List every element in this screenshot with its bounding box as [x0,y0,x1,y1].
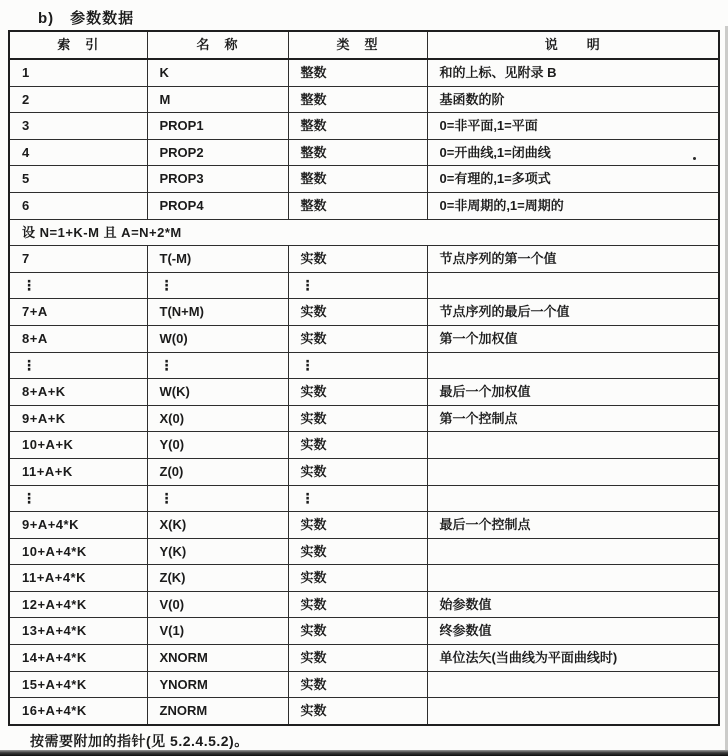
table-row: 10+A+KY(0)实数 [9,432,719,459]
cell-type: 实数 [288,325,427,352]
col-header-name: 名 称 [147,31,288,59]
cell-type: 实数 [288,698,427,725]
cell-type: 实数 [288,432,427,459]
table-row: 11+A+KZ(0)实数 [9,458,719,485]
cell-name: W(K) [147,379,288,406]
cell-name: K [147,59,288,86]
cell-name: PROP4 [147,192,288,219]
cell-type: 整数 [288,113,427,140]
col-header-index: 索 引 [9,31,147,59]
cell-index: 4 [9,139,147,166]
cell-name: Y(K) [147,538,288,565]
cell-index: 10+A+4*K [9,538,147,565]
cell-type: 整数 [288,86,427,113]
cell-type: 实数 [288,246,427,273]
cell-desc: 最后一个控制点 [427,512,719,539]
cell-desc [427,272,719,299]
cell-desc [427,458,719,485]
section-title: b) 参数数据 [38,7,134,28]
cell-desc: 节点序列的最后一个值 [427,299,719,326]
table-row: ⋮⋮⋮ [9,352,719,379]
cell-desc: 和的上标、见附录 B [427,59,719,86]
table-row: 8+A+KW(K)实数最后一个加权值 [9,379,719,406]
table-row: 5PROP3整数0=有理的,1=多项式 [9,166,719,193]
cell-index: 9+A+4*K [9,512,147,539]
cell-type: 实数 [288,405,427,432]
header-row: 索 引 名 称 类 型 说 明 [9,31,719,59]
cell-type: 实数 [288,565,427,592]
cell-type: 实数 [288,299,427,326]
cell-name: W(0) [147,325,288,352]
cell-index: 14+A+4*K [9,645,147,672]
table-row: 7+AT(N+M)实数节点序列的最后一个值 [9,299,719,326]
cell-desc: 0=开曲线,1=闭曲线 [427,139,719,166]
table-row: 6PROP4整数0=非周期的,1=周期的 [9,192,719,219]
cell-index: 8+A+K [9,379,147,406]
cell-desc [427,352,719,379]
cell-index: 12+A+4*K [9,591,147,618]
cell-index: 7+A [9,299,147,326]
scan-edge-bottom [0,750,728,756]
document-page: b) 参数数据 索 引 名 称 类 型 说 明 1K整数和的上标、见附录 B2M… [0,0,728,756]
ellipsis-cell: ⋮ [147,272,288,299]
table-row: 9+A+KX(0)实数第一个控制点 [9,405,719,432]
table-row: 9+A+4*KX(K)实数最后一个控制点 [9,512,719,539]
parameter-table: 索 引 名 称 类 型 说 明 1K整数和的上标、见附录 B2M整数基函数的阶3… [8,30,720,726]
cell-name: X(K) [147,512,288,539]
cell-desc: 第一个加权值 [427,325,719,352]
cell-type: 整数 [288,192,427,219]
table-header: 索 引 名 称 类 型 说 明 [9,31,719,59]
ellipsis-cell: ⋮ [288,352,427,379]
cell-desc [427,565,719,592]
cell-name: Z(0) [147,458,288,485]
cell-desc [427,538,719,565]
cell-index: 16+A+4*K [9,698,147,725]
cell-desc: 节点序列的第一个值 [427,246,719,273]
table-row: 设 N=1+K-M 且 A=N+2*M [9,219,719,246]
cell-name: Z(K) [147,565,288,592]
table-row: 1K整数和的上标、见附录 B [9,59,719,86]
scan-artifact-dot [693,157,696,160]
cell-type: 实数 [288,671,427,698]
note-cell: 设 N=1+K-M 且 A=N+2*M [9,219,719,246]
table-row: 8+AW(0)实数第一个加权值 [9,325,719,352]
cell-name: T(N+M) [147,299,288,326]
cell-desc [427,432,719,459]
col-header-type: 类 型 [288,31,427,59]
footer-note: 按需要附加的指针(见 5.2.4.5.2)。 [30,731,249,751]
table-row: ⋮⋮⋮ [9,272,719,299]
cell-name: PROP1 [147,113,288,140]
table-body: 1K整数和的上标、见附录 B2M整数基函数的阶3PROP1整数0=非平面,1=平… [9,59,719,725]
table-row: 3PROP1整数0=非平面,1=平面 [9,113,719,140]
cell-type: 实数 [288,591,427,618]
cell-desc [427,671,719,698]
ellipsis-cell: ⋮ [288,485,427,512]
ellipsis-cell: ⋮ [147,352,288,379]
cell-desc: 0=有理的,1=多项式 [427,166,719,193]
table-row: 11+A+4*KZ(K)实数 [9,565,719,592]
ellipsis-cell: ⋮ [9,485,147,512]
cell-type: 实数 [288,538,427,565]
cell-type: 实数 [288,618,427,645]
table-row: 7T(-M)实数节点序列的第一个值 [9,246,719,273]
cell-index: 11+A+4*K [9,565,147,592]
cell-desc: 第一个控制点 [427,405,719,432]
cell-name: V(0) [147,591,288,618]
ellipsis-cell: ⋮ [9,352,147,379]
cell-name: XNORM [147,645,288,672]
cell-name: T(-M) [147,246,288,273]
table-row: 4PROP2整数0=开曲线,1=闭曲线 [9,139,719,166]
cell-index: 9+A+K [9,405,147,432]
cell-name: PROP2 [147,139,288,166]
cell-name: M [147,86,288,113]
cell-type: 实数 [288,379,427,406]
table-row: 14+A+4*KXNORM实数单位法矢(当曲线为平面曲线时) [9,645,719,672]
cell-type: 实数 [288,512,427,539]
table-row: 16+A+4*KZNORM实数 [9,698,719,725]
cell-index: 15+A+4*K [9,671,147,698]
table-row: 13+A+4*KV(1)实数终参数值 [9,618,719,645]
cell-desc: 始参数值 [427,591,719,618]
cell-desc [427,485,719,512]
cell-index: 2 [9,86,147,113]
cell-type: 实数 [288,645,427,672]
cell-index: 13+A+4*K [9,618,147,645]
ellipsis-cell: ⋮ [288,272,427,299]
table-row: ⋮⋮⋮ [9,485,719,512]
cell-index: 10+A+K [9,432,147,459]
cell-name: V(1) [147,618,288,645]
cell-index: 6 [9,192,147,219]
cell-index: 3 [9,113,147,140]
cell-desc: 0=非平面,1=平面 [427,113,719,140]
cell-type: 整数 [288,139,427,166]
cell-index: 1 [9,59,147,86]
cell-index: 5 [9,166,147,193]
cell-index: 8+A [9,325,147,352]
cell-type: 实数 [288,458,427,485]
cell-desc: 基函数的阶 [427,86,719,113]
cell-desc: 0=非周期的,1=周期的 [427,192,719,219]
table-row: 2M整数基函数的阶 [9,86,719,113]
cell-index: 7 [9,246,147,273]
cell-name: YNORM [147,671,288,698]
cell-index: 11+A+K [9,458,147,485]
cell-name: Y(0) [147,432,288,459]
cell-type: 整数 [288,166,427,193]
cell-name: X(0) [147,405,288,432]
cell-desc: 最后一个加权值 [427,379,719,406]
cell-name: ZNORM [147,698,288,725]
cell-desc: 终参数值 [427,618,719,645]
col-header-desc: 说 明 [427,31,719,59]
ellipsis-cell: ⋮ [9,272,147,299]
cell-desc: 单位法矢(当曲线为平面曲线时) [427,645,719,672]
cell-desc [427,698,719,725]
cell-type: 整数 [288,59,427,86]
table-row: 10+A+4*KY(K)实数 [9,538,719,565]
table-row: 12+A+4*KV(0)实数始参数值 [9,591,719,618]
cell-name: PROP3 [147,166,288,193]
ellipsis-cell: ⋮ [147,485,288,512]
table-row: 15+A+4*KYNORM实数 [9,671,719,698]
